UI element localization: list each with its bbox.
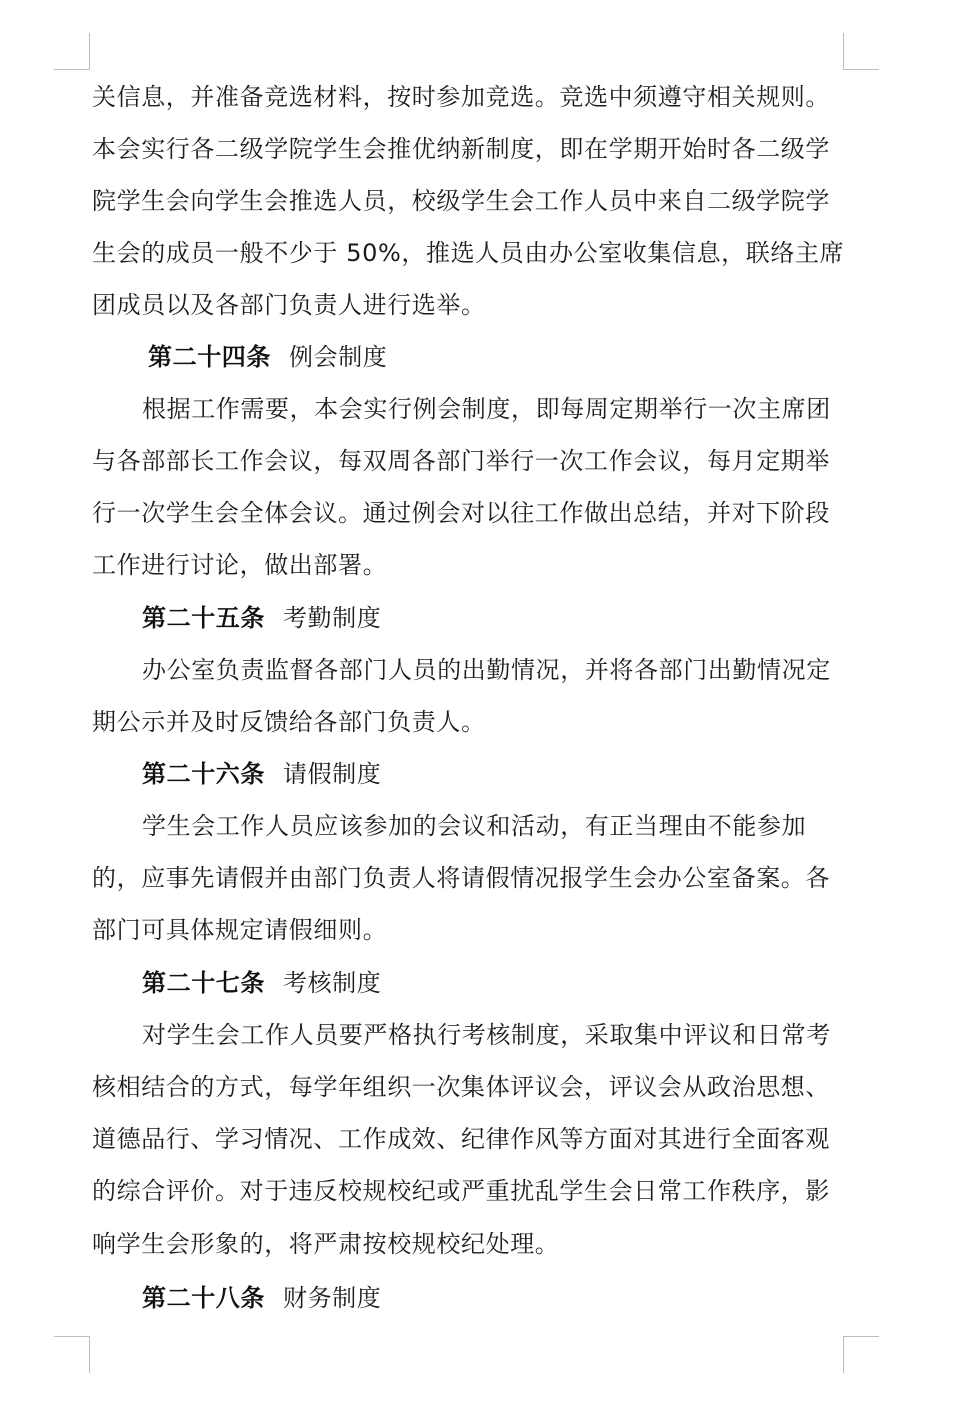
paragraph-line: 核相结合的方式，每学年组织一次集体评议会，评议会从政治思想、 [92, 1067, 852, 1107]
article-title: 请假制度 [283, 760, 381, 788]
paragraph-line: 行一次学生会全体会议。通过例会对以往工作做出总结，并对下阶段 [92, 493, 852, 533]
article-heading-28: 第二十八条财务制度 [142, 1278, 902, 1318]
paragraph-line: 的，应事先请假并由部门负责人将请假情况报学生会办公室备案。各 [92, 858, 852, 898]
paragraph-line: 学生会工作人员应该参加的会议和活动，有正当理由不能参加 [142, 806, 902, 846]
page-corner-mark-bottom-left [54, 1336, 90, 1373]
paragraph-line: 响学生会形象的，将严肃按校规校纪处理。 [92, 1224, 852, 1264]
paragraph-line: 道德品行、学习情况、工作成效、纪律作风等方面对其进行全面客观 [92, 1119, 852, 1159]
paragraph-line: 根据工作需要，本会实行例会制度，即每周定期举行一次主席团 [142, 389, 902, 429]
paragraph-line: 关信息，并准备竞选材料，按时参加竞选。竞选中须遵守相关规则。 [92, 77, 852, 117]
article-title: 例会制度 [289, 343, 387, 371]
paragraph-line: 办公室负责监督各部门人员的出勤情况，并将各部门出勤情况定 [142, 650, 902, 690]
article-title: 考勤制度 [283, 604, 381, 632]
article-title: 财务制度 [283, 1284, 381, 1312]
page-corner-mark-top-right [843, 33, 879, 70]
page-corner-mark-top-left [54, 33, 90, 70]
article-title: 考核制度 [283, 969, 381, 997]
paragraph-line: 工作进行讨论，做出部署。 [92, 545, 852, 585]
paragraph-line: 团成员以及各部门负责人进行选举。 [92, 285, 852, 325]
article-number: 第二十八条 [142, 1284, 265, 1312]
article-number: 第二十六条 [142, 760, 265, 788]
paragraph-line: 对学生会工作人员要严格执行考核制度，采取集中评议和日常考 [142, 1015, 902, 1055]
article-number: 第二十七条 [142, 969, 265, 997]
paragraph-line: 本会实行各二级学院学生会推优纳新制度，即在学期开始时各二级学 [92, 129, 852, 169]
paragraph-line: 与各部部长工作会议，每双周各部门举行一次工作会议，每月定期举 [92, 441, 852, 481]
document-page: 关信息，并准备竞选材料，按时参加竞选。竞选中须遵守相关规则。 本会实行各二级学院… [0, 0, 971, 1409]
paragraph-line: 部门可具体规定请假细则。 [92, 910, 852, 950]
paragraph-line: 期公示并及时反馈给各部门负责人。 [92, 702, 852, 742]
article-heading-27: 第二十七条考核制度 [142, 963, 902, 1003]
page-corner-mark-bottom-right [843, 1336, 879, 1373]
article-heading-26: 第二十六条请假制度 [142, 754, 902, 794]
article-number: 第二十五条 [142, 604, 265, 632]
article-heading-25: 第二十五条考勤制度 [142, 598, 902, 638]
paragraph-line: 生会的成员一般不少于 50%，推选人员由办公室收集信息，联络主席 [92, 233, 852, 273]
paragraph-line: 的综合评价。对于违反校规校纪或严重扰乱学生会日常工作秩序，影 [92, 1171, 852, 1211]
paragraph-line: 院学生会向学生会推选人员，校级学生会工作人员中来自二级学院学 [92, 181, 852, 221]
article-heading-24: 第二十四条例会制度 [148, 337, 908, 377]
article-number: 第二十四条 [148, 343, 271, 371]
